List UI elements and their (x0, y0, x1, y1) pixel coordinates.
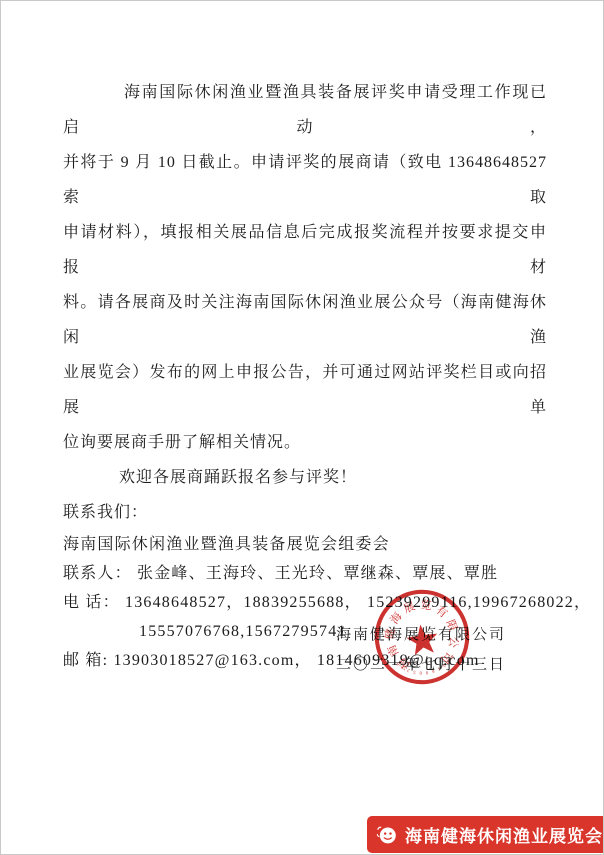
contact-persons-line: 联系人： 张金峰、王海玲、王光玲、覃继森、覃展、覃胜 (63, 559, 547, 588)
account-watermark-bar: 海南健海休闲渔业展览会 (367, 816, 603, 853)
committee-line: 海南国际休闲渔业暨渔具装备展览会组委会 (63, 530, 547, 559)
document-page: 海南国际休闲渔业暨渔具装备展评奖申请受理工作现已启动， 并将于 9 月 10 日… (0, 0, 604, 855)
doc-line: 位询要展商手册了解相关情况。 (63, 425, 547, 460)
doc-line: 申请材料），填报相关展品信息后完成报奖流程并按要求提交申报材 (63, 215, 547, 285)
wechat-account-logo-icon (375, 822, 398, 848)
doc-line: 料。请各展商及时关注海南国际休闲渔业展公众号（海南健海休闲渔 (63, 285, 547, 355)
signing-date: 二〇二一年七月十三日 (331, 655, 511, 675)
contact-heading: 联系我们： (63, 495, 547, 530)
account-watermark-label: 海南健海休闲渔业展览会 (405, 822, 603, 847)
doc-line: 并将于 9 月 10 日截止。申请评奖的展商请（致电 13648648527 索… (63, 145, 547, 215)
phone-line-1: 电 话： 13648648527，18839255688， 1523929911… (63, 588, 547, 617)
doc-line: 海南国际休闲渔业暨渔具装备展评奖申请受理工作现已启动， (63, 75, 547, 145)
welcome-line: 欢迎各展商踊跃报名参与评奖！ (63, 460, 547, 495)
signature-block: 海南健海展览有限公司 二〇二一年七月十三日 (331, 625, 511, 675)
notice-body: 海南国际休闲渔业暨渔具装备展评奖申请受理工作现已启动， 并将于 9 月 10 日… (63, 75, 547, 675)
signing-company: 海南健海展览有限公司 (331, 625, 511, 645)
doc-line: 业展览会）发布的网上申报公告，并可通过网站评奖栏目或向招展单 (63, 355, 547, 425)
